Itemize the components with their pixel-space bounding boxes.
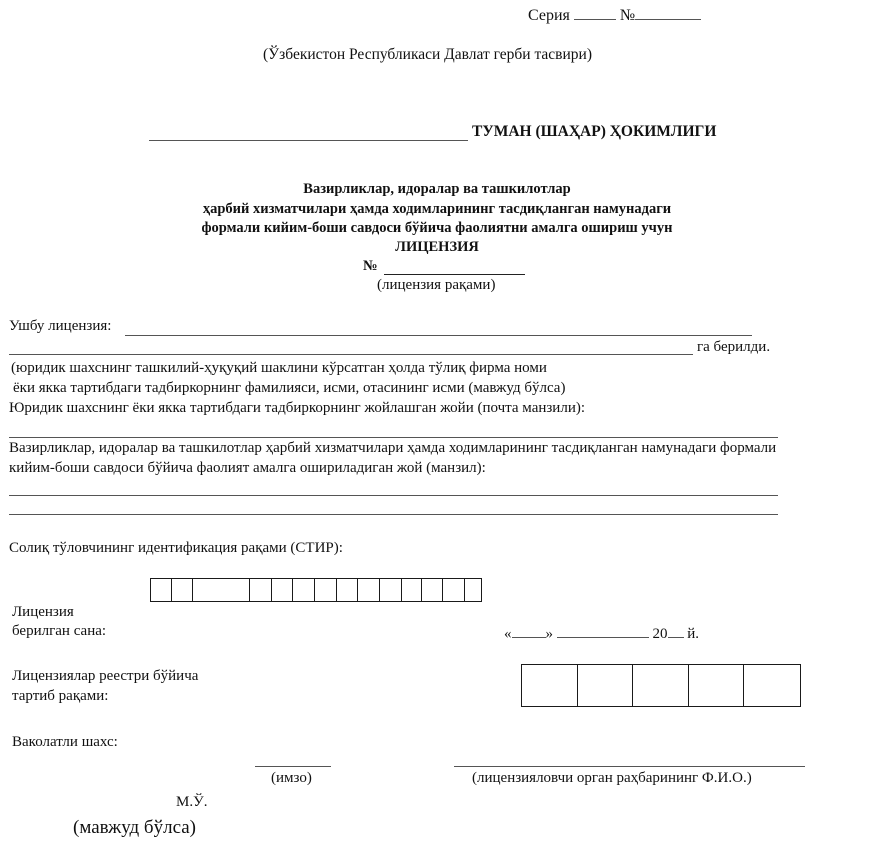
tin-box[interactable] [465, 579, 481, 601]
registry-box[interactable] [522, 665, 578, 706]
tin-box[interactable] [151, 579, 172, 601]
issue-date-label-1: Лицензия [12, 605, 74, 620]
signature-line[interactable] [255, 766, 331, 767]
registry-box[interactable] [744, 665, 800, 706]
head-name-caption: (лицензияловчи орган раҳбарининг Ф.И.О.) [472, 771, 752, 786]
registry-label-2: тартиб рақами: [12, 689, 108, 704]
tin-box[interactable] [315, 579, 337, 601]
tin-box[interactable] [443, 579, 465, 601]
activity-place-line-2[interactable] [9, 514, 778, 515]
title-line-2: ҳарбий хизматчилари ҳамда ходимларининг … [0, 202, 874, 217]
registry-label-1: Лицензиялар реестри бўйича [12, 669, 198, 684]
address-label: Юридик шахснинг ёки якка тартибдаги тадб… [9, 401, 585, 416]
issued-to-line-1[interactable] [125, 335, 752, 336]
license-number-caption: (лицензия рақами) [377, 278, 495, 293]
issue-date-label-2: берилган сана: [12, 624, 106, 639]
number-sign: № [620, 7, 635, 24]
title-line-3: формали кийим-боши савдоси бўйича фаолия… [0, 221, 874, 236]
authority-title: ТУМАН (ШАҲАР) ҲОКИМЛИГИ [472, 124, 716, 140]
tin-box[interactable] [358, 579, 380, 601]
registry-box[interactable] [633, 665, 689, 706]
series-field: Серия № [528, 7, 701, 24]
license-number-line[interactable] [384, 274, 525, 275]
address-line[interactable] [9, 437, 778, 438]
date-year-blank[interactable] [668, 625, 684, 638]
tin-label: Солиқ тўловчининг идентификация рақами (… [9, 541, 343, 556]
tin-box[interactable] [402, 579, 423, 601]
activity-place-label-1: Вазирликлар, идоралар ва ташкилотлар ҳар… [9, 441, 776, 456]
issued-to-line-2[interactable] [9, 354, 693, 355]
date-close-quote: » [546, 626, 554, 642]
activity-place-line-1[interactable] [9, 495, 778, 496]
seal-label: М.Ў. [176, 795, 207, 810]
date-year-prefix: 20 [653, 626, 668, 642]
registry-box[interactable] [689, 665, 745, 706]
tin-box[interactable] [380, 579, 402, 601]
date-year-suffix: й. [687, 626, 699, 642]
activity-place-label-2: кийим-боши савдоси бўйича фаолият амалга… [9, 461, 486, 476]
license-number-sign: № [363, 259, 378, 274]
registry-boxes [521, 664, 801, 707]
tin-box[interactable] [272, 579, 293, 601]
title-line-1: Вазирликлар, идоралар ва ташкилотлар [0, 182, 874, 197]
signature-caption: (имзо) [271, 771, 312, 786]
seal-note: (мавжуд бўлса) [73, 818, 196, 837]
head-name-line[interactable] [454, 766, 805, 767]
tin-box[interactable] [193, 579, 251, 601]
issued-label: Ушбу лицензия: [9, 319, 111, 334]
issued-hint-2: ёки якка тартибдаги тадбиркорнинг фамили… [13, 381, 565, 396]
date-day-blank[interactable] [512, 625, 546, 638]
series-blank[interactable] [574, 7, 616, 20]
authorized-label: Ваколатли шахс: [12, 735, 118, 750]
issue-date-field: «» 20 й. [504, 625, 699, 642]
date-open-quote: « [504, 626, 512, 642]
series-label: Серия [528, 7, 570, 24]
tin-box[interactable] [172, 579, 193, 601]
registry-box[interactable] [578, 665, 634, 706]
tin-box[interactable] [293, 579, 315, 601]
tin-box[interactable] [422, 579, 443, 601]
issued-suffix: га берилди. [697, 340, 770, 355]
district-name-line[interactable] [149, 140, 468, 141]
issued-hint-1: (юридик шахснинг ташкилий-ҳуқуқий шаклин… [11, 361, 547, 376]
number-blank[interactable] [635, 7, 701, 20]
tin-box[interactable] [337, 579, 358, 601]
tin-boxes [150, 578, 482, 602]
tin-box[interactable] [250, 579, 272, 601]
date-month-blank[interactable] [557, 625, 649, 638]
license-heading: ЛИЦЕНЗИЯ [0, 240, 874, 255]
emblem-note: (Ўзбекистон Республикаси Давлат герби та… [263, 47, 592, 63]
